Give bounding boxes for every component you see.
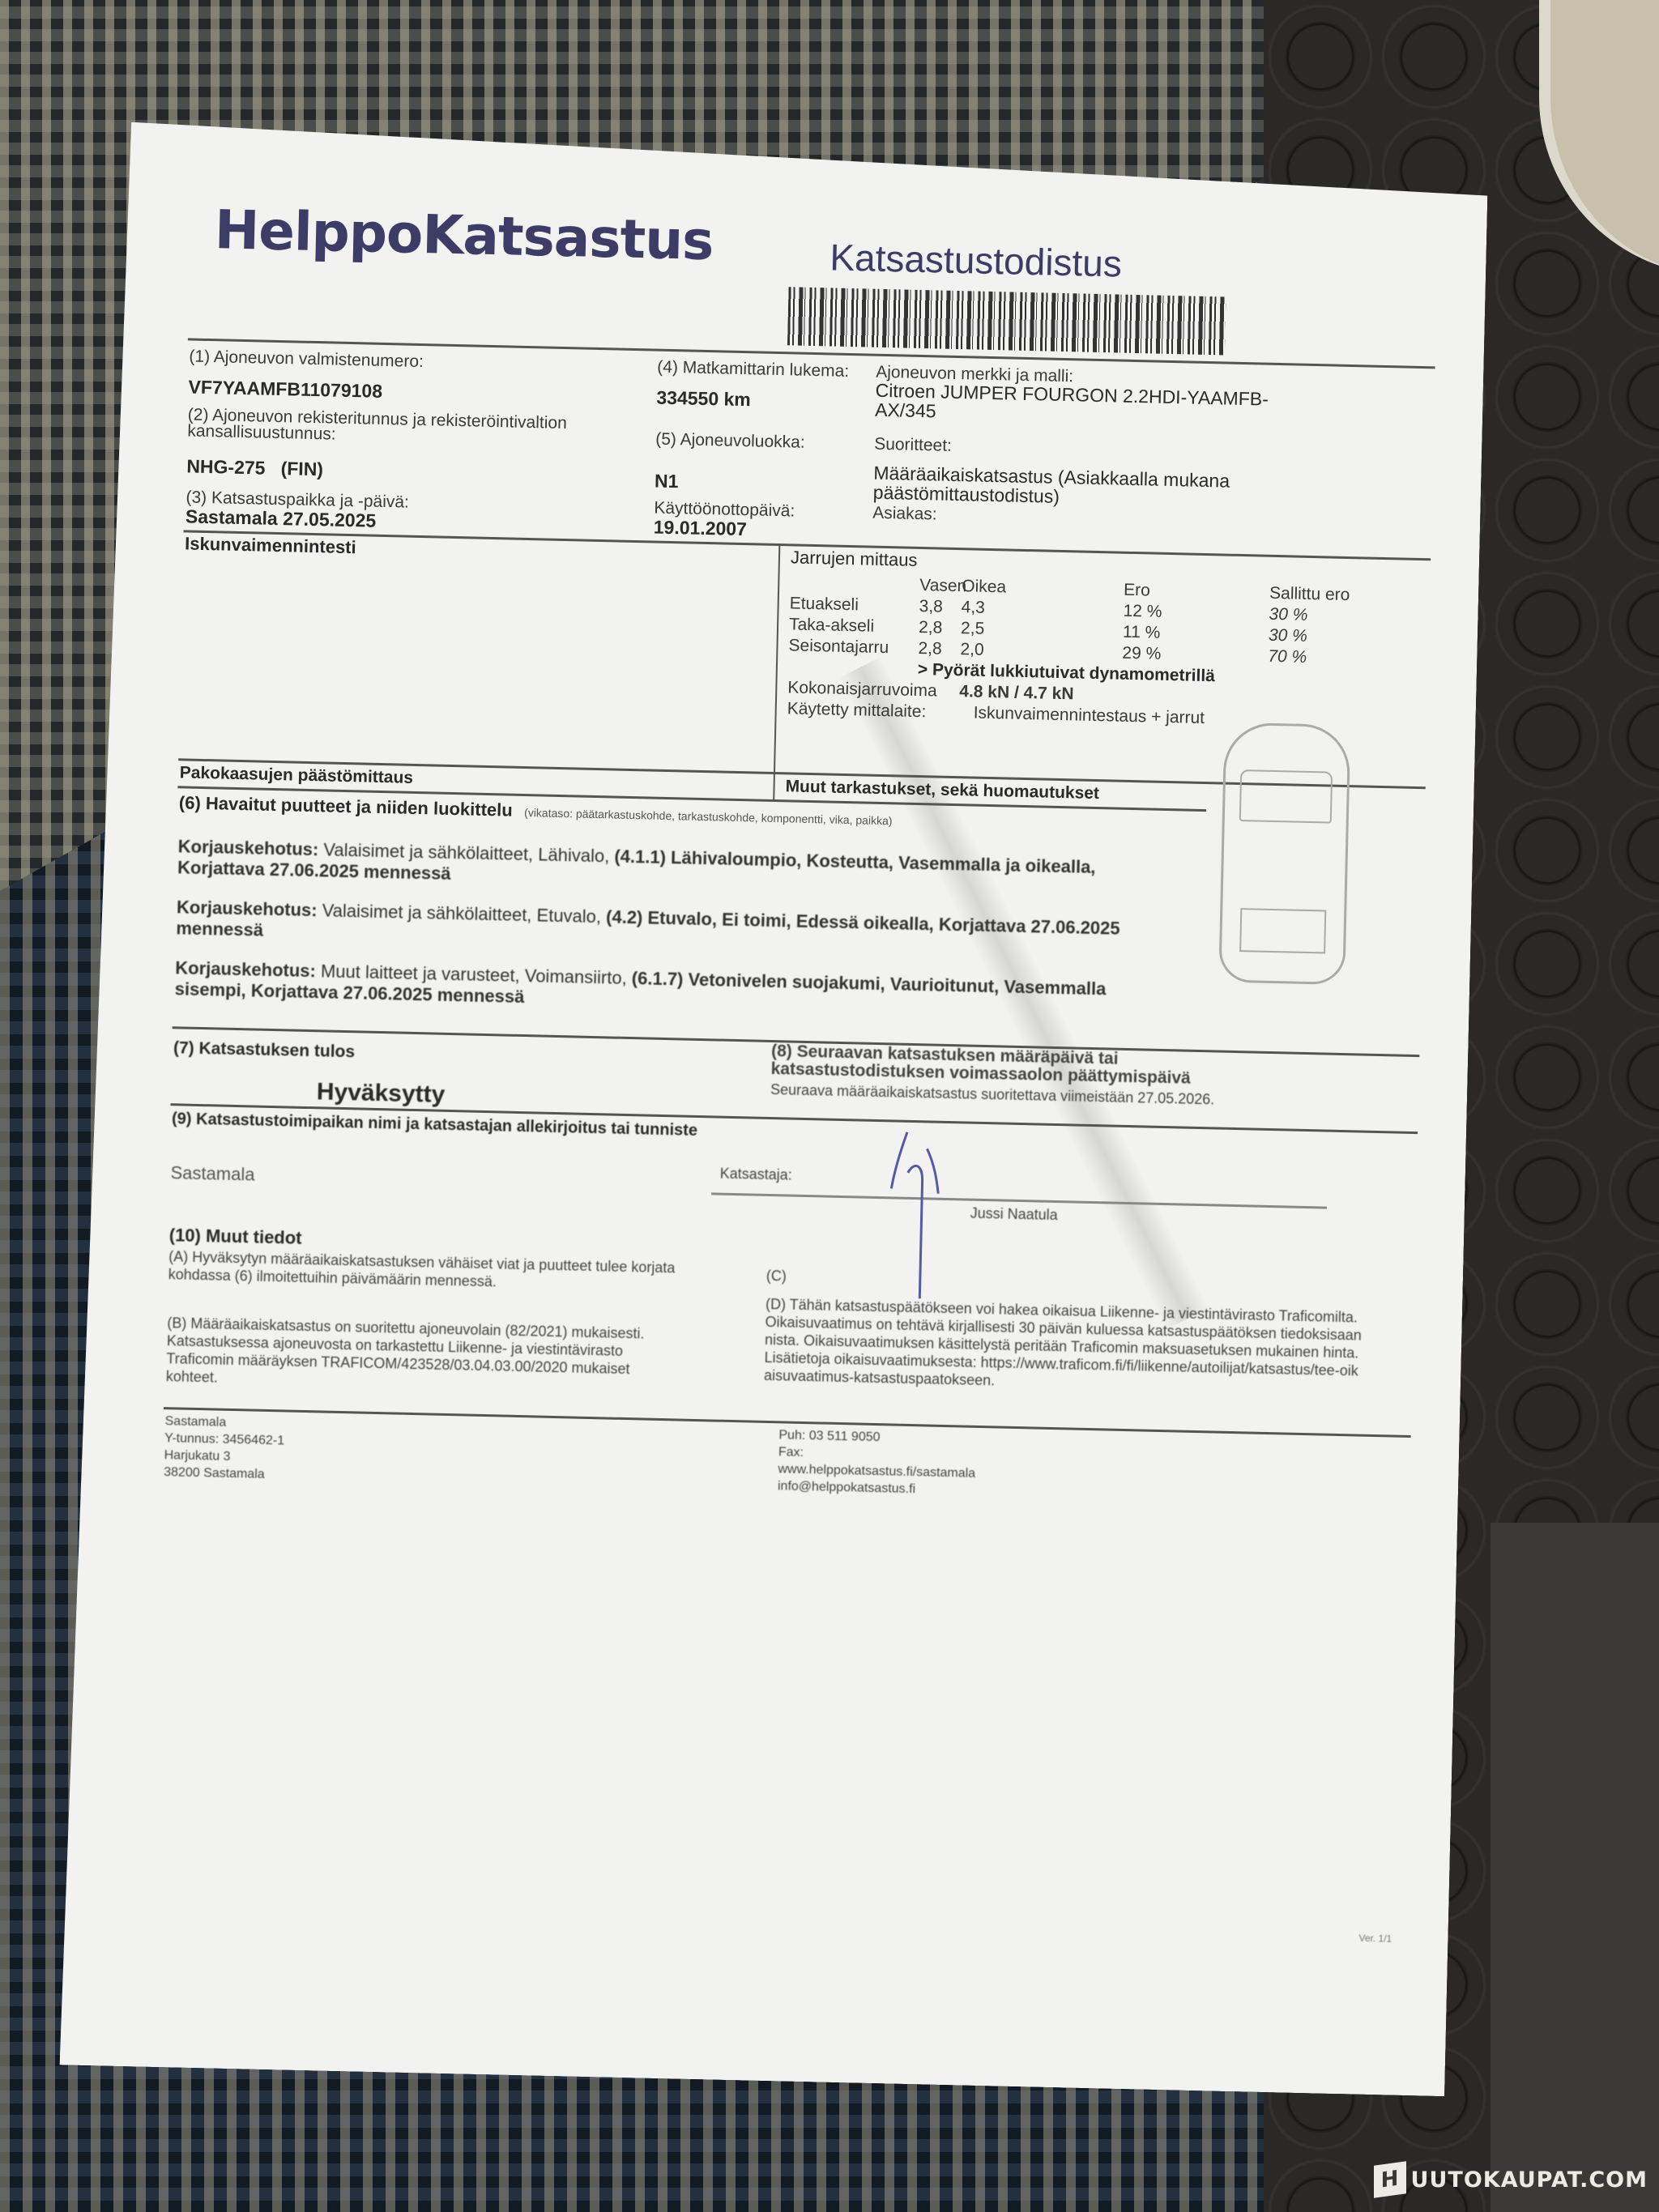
brake-measurements-table: Vasen Oikea Ero Sallittu ero Etuakseli 3… [787,573,1367,733]
defect-level: Korjauskehotus: [177,836,318,859]
huutokaupat-watermark: H UUTOKAUPAT.COM [1374,2163,1648,2196]
other-info-title: (10) Muut tiedot [169,1225,302,1249]
vin-value: VF7YAAMFB11079108 [188,376,382,402]
cell: 2,8 [919,618,962,640]
odometer-value: 334550 km [656,387,751,411]
device-value: Iskunvaimennintestaus + jarrut [973,704,1205,730]
device-label: Käytetty mittalaite: [787,699,974,724]
car-windshield [1239,769,1333,824]
reg-value: NHG-275 (FIN) [186,455,323,480]
inspector-label: Katsastaja: [719,1165,792,1184]
other-info-a: (A) Hyväksytyn määräaikaiskatsastuksen v… [168,1247,687,1295]
result-value: Hyväksytty [316,1078,445,1109]
signature-place: Sastamala [170,1162,255,1185]
huutokaupat-logo-icon: H [1374,2161,1406,2198]
car-rear-window [1239,908,1326,953]
header-cell: Ero [1124,581,1270,605]
cell: 29 % [1122,644,1269,668]
customer-label: Asiakas: [872,504,937,525]
cell: Taka-akseli [789,615,919,639]
defects-heading: (6) Havaitut puutteet ja niiden luokitte… [179,792,893,829]
cell: 30 % [1269,605,1367,629]
column-divider [773,772,775,799]
make-value: Citroen JUMPER FOURGON 2.2HDI-YAAMFB- AX… [875,381,1269,428]
odometer-label: (4) Matkamittarin lukema: [657,358,849,381]
floor-mat-edge [1491,1523,1659,2212]
cell: 70 % [1268,647,1366,671]
inspection-certificate: HelppoKatsastus Katsastustodistus (1) Aj… [60,121,1489,2096]
barcode [787,287,1226,355]
watermark-text: UUTOKAUPAT.COM [1411,2167,1648,2193]
helppokatsastus-logo: HelppoKatsastus [214,198,714,272]
total-value: 4.8 kN / 4.7 kN [959,682,1074,705]
header-cell [790,573,920,597]
cell: 2,8 [918,639,961,661]
cell: Seisontajarru [788,636,919,660]
emissions-title: Pakokaasujen päästömittaus [180,763,414,788]
services-value: Määräaikaiskatsastus (Asiakkaalla mukana… [873,463,1230,510]
defect-category: Valaisimet ja sähkölaitteet, Etuvalo, [317,900,606,927]
defects-title: (6) Havaitut puutteet ja niiden luokitte… [179,792,513,820]
header-cell: Sallittu ero [1269,584,1367,607]
first-use-value: 19.01.2007 [654,517,748,541]
defects-subtitle: (vikataso: päätarkastuskohde, tarkastusk… [524,806,893,827]
defect-level: Korjauskehotus: [177,897,318,920]
class-value: N1 [655,471,679,493]
vin-label: (1) Ajoneuvon valmistenumero: [189,347,424,372]
reg-label: (2) Ajoneuvon rekisteritunnus ja rekiste… [187,407,567,448]
header-cell: Vasen [919,576,962,598]
cell: 12 % [1123,602,1269,626]
result-label: (7) Katsastuksen tulos [173,1038,356,1062]
other-checks-title: Muut tarkastukset, sekä huomautukset [785,777,1099,803]
version-text: Ver. 1/1 [1358,1933,1392,1945]
brakes-title: Jarrujen mittaus [791,547,918,571]
other-info-c: (C) [766,1267,787,1285]
document-title: Katsastustodistus [829,235,1123,285]
cell: 11 % [1123,623,1269,647]
class-label: (5) Ajoneuvoluokka: [655,430,805,453]
defect-level: Korjauskehotus: [175,957,316,981]
footer-city: 38200 Sastamala [164,1464,284,1483]
place-value: Sastamala 27.05.2025 [186,505,377,531]
column-divider [774,545,780,772]
other-info-d: (D) Tähän katsastuspäätökseen voi hakea … [764,1295,1365,1398]
car-diagram-icon [1218,722,1350,985]
footer-contact: Puh: 03 511 9050 Fax: www.helppokatsastu… [778,1426,977,1499]
other-info-b: (B) Määräaikaiskatsastus on suoritettu a… [166,1314,686,1396]
defect-item: Korjauskehotus: Valaisimet ja sähkölaitt… [177,836,1150,900]
cell: Etuakseli [789,594,919,618]
footer-address: Sastamala Y-tunnus: 3456462-1 Harjukatu … [164,1413,285,1483]
shock-test-title: Iskunvaimennintesti [185,533,356,558]
cell: 30 % [1269,626,1367,650]
cell: 3,8 [919,597,962,619]
handwritten-signature [887,1123,964,1303]
services-label: Suoritteet: [874,435,952,456]
inspector-name: Jussi Naatula [970,1204,1058,1224]
